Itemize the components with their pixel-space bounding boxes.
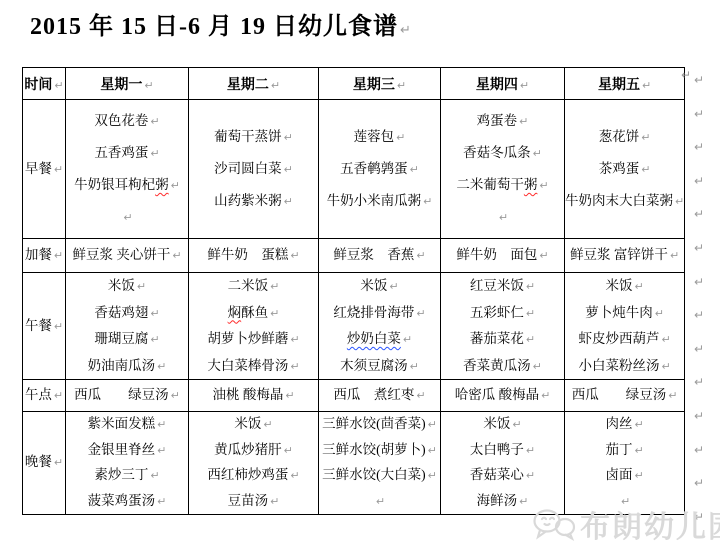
cell-breakfast-monday: 双色花卷 五香鸡蛋 牛奶银耳枸杞粥 xyxy=(66,100,189,239)
menu-line: 大白菜棒骨汤 xyxy=(189,353,318,380)
row-label-afternoon-snack: 午点 xyxy=(23,380,66,412)
menu-line: 鲜豆浆 香蕉 xyxy=(319,240,440,271)
paragraph-mark-icon: ↵ xyxy=(694,366,714,400)
menu-line: 金银里脊丝 xyxy=(66,438,188,464)
paragraph-mark-icon: ↵ xyxy=(694,299,714,333)
menu-table: 时间 星期一 星期二 星期三 星期四 星期五 早餐 双色花卷 五香鸡蛋 牛奶银耳… xyxy=(22,67,685,515)
menu-text-spellcheck: 粥 xyxy=(524,177,538,192)
paragraph-mark-icon: ↵ xyxy=(694,232,714,266)
menu-line-empty xyxy=(319,489,440,515)
menu-line: 香菇冬瓜条 xyxy=(441,137,564,169)
column-header-thursday: 星期四 xyxy=(441,68,565,100)
menu-line: 三鲜水饺(茴香菜) xyxy=(319,412,440,438)
cell-lunch-wednesday: 米饭 红烧排骨海带 炒奶白菜 木须豆腐汤 xyxy=(319,273,441,380)
menu-text-spellcheck: 炒奶白菜 xyxy=(347,331,401,346)
row-label-text: 晚餐 xyxy=(25,450,63,476)
row-label-text: 加餐 xyxy=(25,240,63,271)
row-morning-snack: 加餐 鲜豆浆 夹心饼干 鲜牛奶 蛋糕 鲜豆浆 香蕉 鲜牛奶 面包 鲜豆浆 富锌饼… xyxy=(23,239,685,273)
menu-line: 鲜豆浆 夹心饼干 xyxy=(66,240,188,271)
cell-dinner-tuesday: 米饭 黄瓜炒猪肝 西红柿炒鸡蛋 豆苗汤 xyxy=(189,412,319,515)
menu-line: 五香鸡蛋 xyxy=(66,137,188,169)
column-header-tuesday: 星期二 xyxy=(189,68,319,100)
menu-line: 菠菜鸡蛋汤 xyxy=(66,489,188,515)
row-dinner: 晚餐 紫米面发糕 金银里脊丝 素炒三丁 菠菜鸡蛋汤 米饭 黄瓜炒猪肝 西红柿炒鸡… xyxy=(23,412,685,515)
cell-breakfast-friday: 葱花饼 茶鸡蛋 牛奶肉末大白菜粥 xyxy=(565,100,685,239)
menu-line: 西瓜 绿豆汤 xyxy=(66,380,188,411)
menu-line: 豆苗汤 xyxy=(189,489,318,515)
menu-line: 肉丝 xyxy=(565,412,684,438)
column-header-label: 星期五 xyxy=(598,74,651,94)
menu-text: 二米葡萄干 xyxy=(456,177,524,192)
menu-text: 酥鱼 xyxy=(241,305,268,320)
paragraph-mark-icon: ↵ xyxy=(694,64,714,98)
menu-text-spellcheck: 粥 xyxy=(155,177,169,192)
menu-line: 鲜牛奶 蛋糕 xyxy=(189,240,318,271)
menu-line: 香菇菜心 xyxy=(441,463,564,489)
cell-dinner-wednesday: 三鲜水饺(茴香菜) 三鲜水饺(胡萝卜) 三鲜水饺(大白菜) xyxy=(319,412,441,515)
menu-line: 香菇鸡翅 xyxy=(66,300,188,327)
chat-bubbles-icon xyxy=(532,507,576,541)
document-page: 2015 年 15 日-6 月 19 日幼儿食谱 时间 星期一 星期二 星期三 … xyxy=(0,0,720,553)
menu-line: 太白鸭子 xyxy=(441,438,564,464)
cell-lunch-thursday: 红豆米饭 五彩虾仁 蕃茄菜花 香菜黄瓜汤 xyxy=(441,273,565,380)
menu-line: 红豆米饭 xyxy=(441,273,564,300)
menu-line: 红烧排骨海带 xyxy=(319,300,440,327)
row-label-lunch: 午餐 xyxy=(23,273,66,380)
row-breakfast: 早餐 双色花卷 五香鸡蛋 牛奶银耳枸杞粥 葡萄干蒸饼 沙司圆白菜 山药紫米粥 莲… xyxy=(23,100,685,239)
menu-line: 葱花饼 xyxy=(565,121,684,153)
cell-afternoon-wednesday: 西瓜 煮红枣 xyxy=(319,380,441,412)
menu-line: 米饭 xyxy=(565,273,684,300)
paragraph-mark-icon: ↵ xyxy=(694,98,714,132)
menu-line: 山药紫米粥 xyxy=(189,185,318,217)
paragraph-mark-icon: ↵ xyxy=(694,266,714,300)
cell-breakfast-tuesday: 葡萄干蒸饼 沙司圆白菜 山药紫米粥 xyxy=(189,100,319,239)
menu-line: 葡萄干蒸饼 xyxy=(189,121,318,153)
paragraph-mark-icon: ↵ xyxy=(681,68,691,82)
menu-line: 紫米面发糕 xyxy=(66,412,188,438)
column-header-label: 星期四 xyxy=(476,74,529,94)
cell-breakfast-thursday: 鸡蛋卷 香菇冬瓜条 二米葡萄干粥 xyxy=(441,100,565,239)
menu-line: 焖酥鱼 xyxy=(189,300,318,327)
menu-line: 黄瓜炒猪肝 xyxy=(189,438,318,464)
cell-breakfast-wednesday: 莲蓉包 五香鹌鹑蛋 牛奶小米南瓜粥 xyxy=(319,100,441,239)
page-title-text: 2015 年 15 日-6 月 19 日幼儿食谱 xyxy=(30,6,412,41)
cell-dinner-monday: 紫米面发糕 金银里脊丝 素炒三丁 菠菜鸡蛋汤 xyxy=(66,412,189,515)
watermark: 布朗幼儿园 ↵ xyxy=(532,502,720,546)
menu-line: 三鲜水饺(大白菜) xyxy=(319,463,440,489)
menu-line: 西瓜 绿豆汤 xyxy=(565,380,684,411)
menu-line: 西瓜 煮红枣 xyxy=(319,380,440,411)
menu-line: 油桃 酸梅晶 xyxy=(189,380,318,411)
column-header-label: 星期二 xyxy=(227,74,280,94)
menu-line: 茶鸡蛋 xyxy=(565,153,684,185)
row-label-text: 早餐 xyxy=(25,153,63,185)
cell-dinner-thursday: 米饭 太白鸭子 香菇菜心 海鲜汤 xyxy=(441,412,565,515)
menu-line: 鸡蛋卷 xyxy=(441,105,564,137)
menu-line: 奶油南瓜汤 xyxy=(66,353,188,380)
menu-line: 珊瑚豆腐 xyxy=(66,326,188,353)
header-row: 时间 星期一 星期二 星期三 星期四 星期五 xyxy=(23,68,685,100)
cell-afternoon-monday: 西瓜 绿豆汤 xyxy=(66,380,189,412)
menu-line: 二米饭 xyxy=(189,273,318,300)
paragraph-mark-icon: ↵ xyxy=(694,165,714,199)
menu-line: 木须豆腐汤 xyxy=(319,353,440,380)
page-title: 2015 年 15 日-6 月 19 日幼儿食谱 xyxy=(30,6,412,41)
right-margin-paragraph-marks: ↵ ↵ ↵ ↵ ↵ ↵ ↵ ↵ ↵ ↵ ↵ ↵ ↵ ↵ xyxy=(694,64,714,534)
menu-line: 哈密瓜 酸梅晶 xyxy=(441,380,564,411)
paragraph-mark-icon: ↵ xyxy=(694,400,714,434)
cell-snack-tuesday: 鲜牛奶 蛋糕 xyxy=(189,239,319,273)
menu-line: 米饭 xyxy=(66,273,188,300)
cell-afternoon-tuesday: 油桃 酸梅晶 xyxy=(189,380,319,412)
column-header-monday: 星期一 xyxy=(66,68,189,100)
row-label-text: 午餐 xyxy=(25,313,63,340)
menu-line: 蕃茄菜花 xyxy=(441,326,564,353)
menu-line: 牛奶肉末大白菜粥 xyxy=(565,185,684,217)
row-label-morning-snack: 加餐 xyxy=(23,239,66,273)
menu-line: 香菜黄瓜汤 xyxy=(441,353,564,380)
menu-line: 素炒三丁 xyxy=(66,463,188,489)
menu-line: 萝卜炖牛肉 xyxy=(565,300,684,327)
column-header-label: 星期三 xyxy=(353,74,406,94)
menu-line: 三鲜水饺(胡萝卜) xyxy=(319,438,440,464)
menu-line: 卤面 xyxy=(565,463,684,489)
menu-line-empty xyxy=(66,201,188,233)
menu-line: 五香鹌鹑蛋 xyxy=(319,153,440,185)
column-header-label: 时间 xyxy=(24,74,63,94)
paragraph-mark-icon: ↵ xyxy=(694,198,714,232)
column-header-time: 时间 xyxy=(23,68,66,100)
row-afternoon-snack: 午点 西瓜 绿豆汤 油桃 酸梅晶 西瓜 煮红枣 哈密瓜 酸梅晶 西瓜 绿豆汤 xyxy=(23,380,685,412)
menu-line: 双色花卷 xyxy=(66,105,188,137)
menu-line: 鲜豆浆 富锌饼干 xyxy=(565,240,684,271)
menu-line: 西红柿炒鸡蛋 xyxy=(189,463,318,489)
cell-snack-friday: 鲜豆浆 富锌饼干 xyxy=(565,239,685,273)
menu-line: 米饭 xyxy=(189,412,318,438)
cell-afternoon-thursday: 哈密瓜 酸梅晶 xyxy=(441,380,565,412)
menu-line: 五彩虾仁 xyxy=(441,300,564,327)
row-lunch: 午餐 米饭 香菇鸡翅 珊瑚豆腐 奶油南瓜汤 二米饭 焖酥鱼 胡萝卜炒鲜蘑 大白菜… xyxy=(23,273,685,380)
menu-line: 沙司圆白菜 xyxy=(189,153,318,185)
menu-text-spellcheck: 焖 xyxy=(228,305,242,320)
menu-line: 米饭 xyxy=(441,412,564,438)
menu-line: 小白菜粉丝汤 xyxy=(565,353,684,380)
column-header-wednesday: 星期三 xyxy=(319,68,441,100)
menu-line-empty xyxy=(441,201,564,233)
cell-snack-wednesday: 鲜豆浆 香蕉 xyxy=(319,239,441,273)
cell-snack-monday: 鲜豆浆 夹心饼干 xyxy=(66,239,189,273)
column-header-friday: 星期五 xyxy=(565,68,685,100)
menu-line: 二米葡萄干粥 xyxy=(441,169,564,201)
paragraph-mark-icon: ↵ xyxy=(694,333,714,367)
menu-line: 虾皮炒西葫芦 xyxy=(565,326,684,353)
menu-line: 米饭 xyxy=(319,273,440,300)
menu-line: 胡萝卜炒鲜蘑 xyxy=(189,326,318,353)
cell-lunch-monday: 米饭 香菇鸡翅 珊瑚豆腐 奶油南瓜汤 xyxy=(66,273,189,380)
cell-afternoon-friday: 西瓜 绿豆汤 xyxy=(565,380,685,412)
cell-snack-thursday: 鲜牛奶 面包 xyxy=(441,239,565,273)
menu-line: 莲蓉包 xyxy=(319,121,440,153)
cell-dinner-friday: 肉丝 茄丁 卤面 xyxy=(565,412,685,515)
menu-line: 炒奶白菜 xyxy=(319,326,440,353)
paragraph-mark-icon: ↵ xyxy=(694,467,714,501)
row-label-breakfast: 早餐 xyxy=(23,100,66,239)
paragraph-mark-icon: ↵ xyxy=(694,434,714,468)
menu-line: 牛奶小米南瓜粥 xyxy=(319,185,440,217)
paragraph-mark-icon: ↵ xyxy=(694,131,714,165)
row-label-text: 午点 xyxy=(25,380,63,411)
watermark-text: 布朗幼儿园 xyxy=(580,502,720,546)
cell-lunch-tuesday: 二米饭 焖酥鱼 胡萝卜炒鲜蘑 大白菜棒骨汤 xyxy=(189,273,319,380)
menu-line: 茄丁 xyxy=(565,438,684,464)
cell-lunch-friday: 米饭 萝卜炖牛肉 虾皮炒西葫芦 小白菜粉丝汤 xyxy=(565,273,685,380)
menu-text: 牛奶银耳枸杞 xyxy=(74,177,155,192)
menu-line: 鲜牛奶 面包 xyxy=(441,240,564,271)
menu-line: 牛奶银耳枸杞粥 xyxy=(66,169,188,201)
column-header-label: 星期一 xyxy=(100,74,153,94)
row-label-dinner: 晚餐 xyxy=(23,412,66,515)
